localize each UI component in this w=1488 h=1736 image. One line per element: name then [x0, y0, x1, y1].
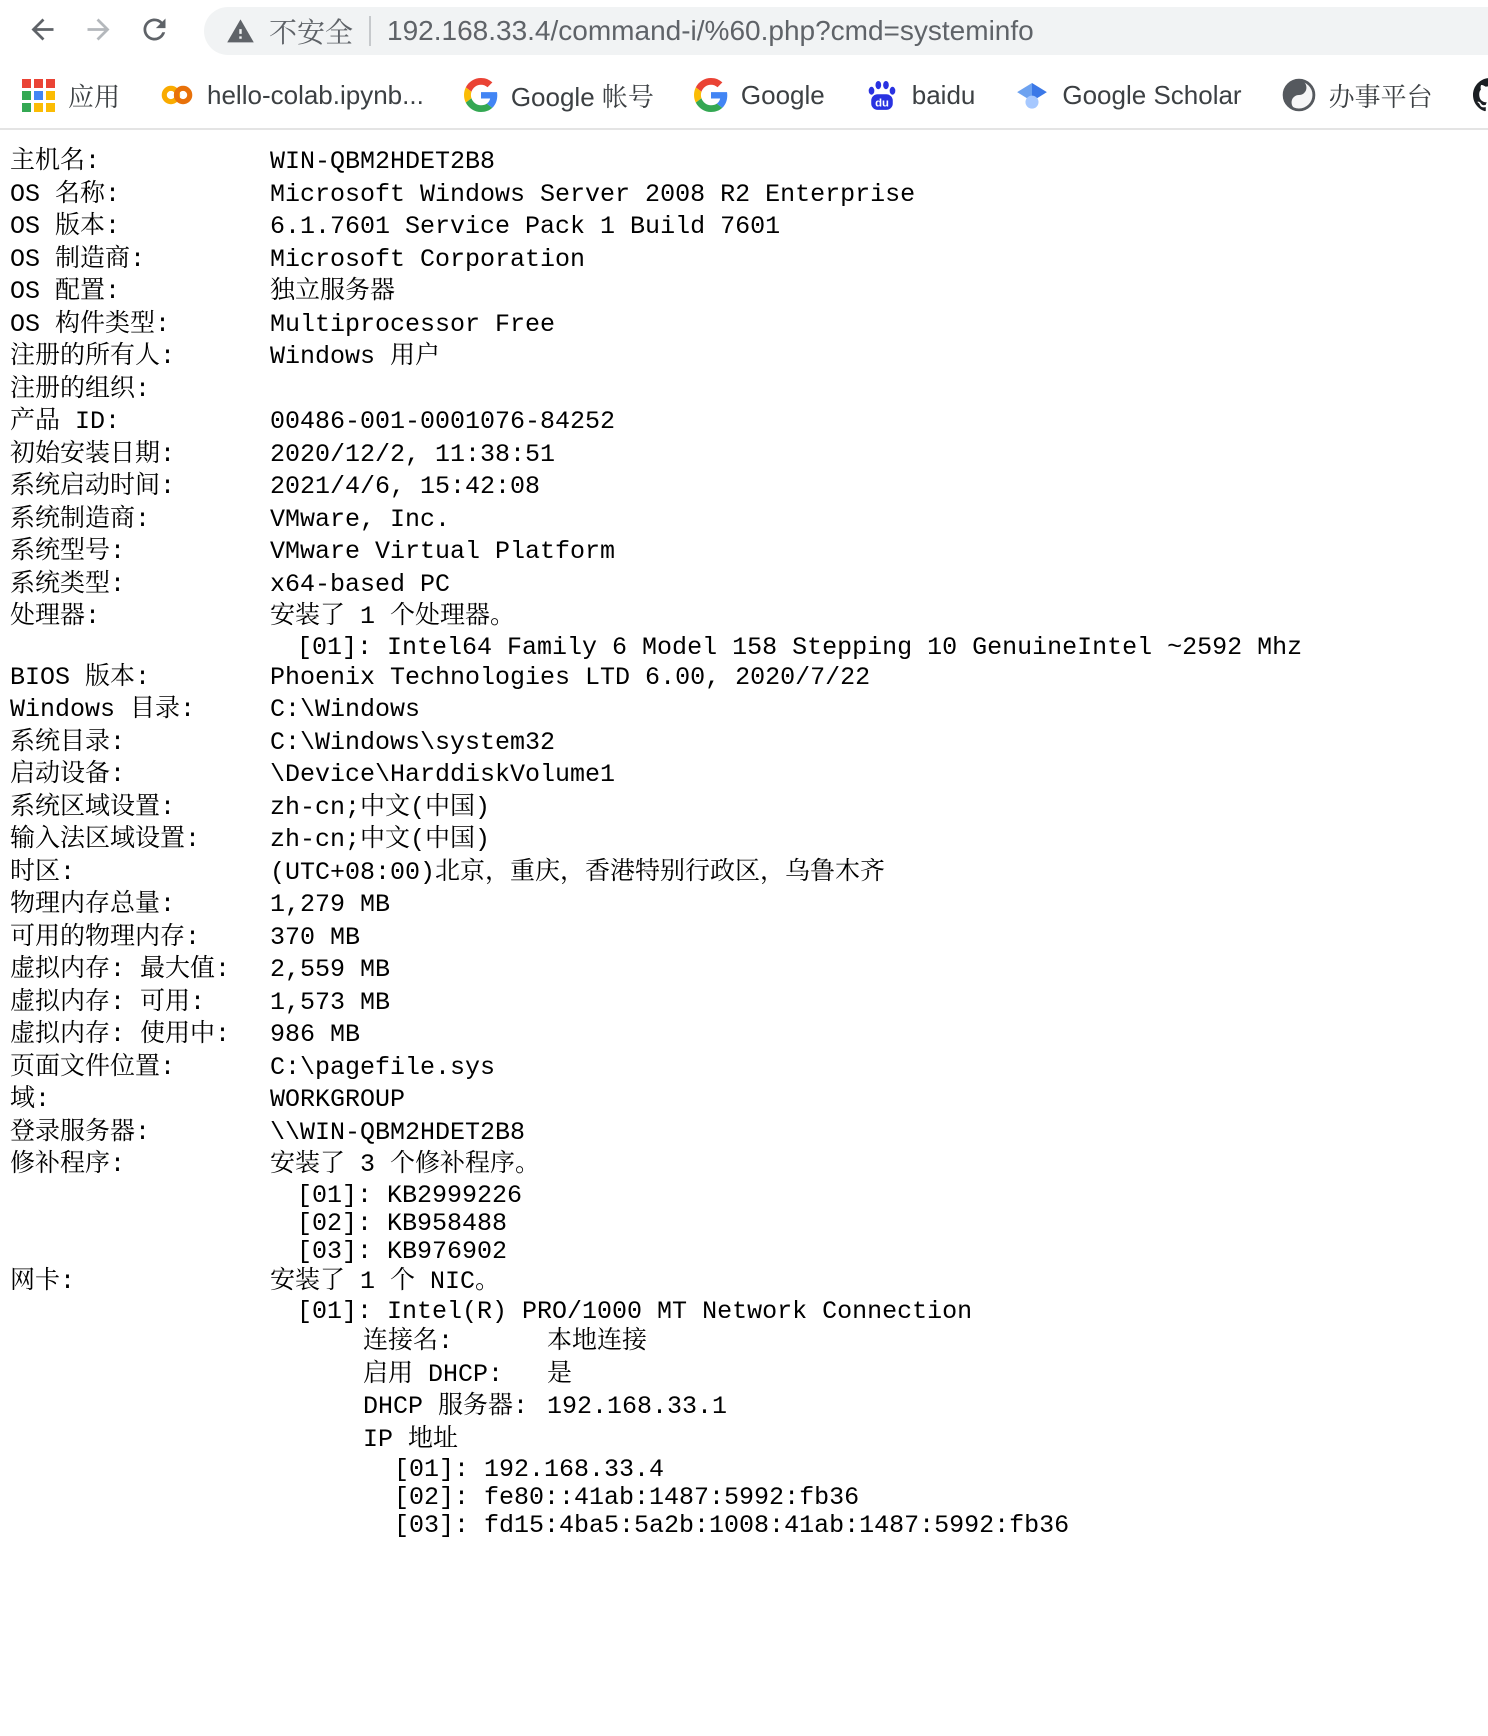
sysinfo-value: 1,279 MB [270, 889, 390, 922]
bookmark-colab[interactable]: hello-colab.ipynb... [160, 78, 424, 112]
apps-grid-icon [22, 79, 55, 112]
sysinfo-row: 注册的所有人:Windows 用户 [10, 341, 1488, 374]
sysinfo-row: 网卡:安装了 1 个 NIC。 [10, 1266, 1488, 1299]
baidu-paw-icon: du [865, 78, 899, 112]
sysinfo-value: 6.1.7601 Service Pack 1 Build 7601 [270, 211, 780, 244]
sysinfo-label: 登录服务器: [10, 1117, 270, 1150]
sysinfo-row: 系统制造商:VMware, Inc. [10, 504, 1488, 537]
bookmark-banshi-platform[interactable]: 办事平台 [1282, 77, 1433, 114]
sysinfo-value: 986 MB [270, 1019, 360, 1052]
omnibox-divider [369, 16, 371, 46]
sysinfo-row: 登录服务器:\\WIN-QBM2HDET2B8 [10, 1117, 1488, 1150]
sysinfo-value: [02]: fe80::41ab:1487:5992:fb36 [394, 1484, 859, 1512]
sysinfo-row: [01]: Intel64 Family 6 Model 158 Steppin… [10, 634, 1488, 662]
sysinfo-label: 系统类型: [10, 569, 270, 602]
sysinfo-row: 物理内存总量:1,279 MB [10, 889, 1488, 922]
sysinfo-row: Windows 目录:C:\Windows [10, 694, 1488, 727]
sysinfo-label: OS 版本: [10, 211, 270, 244]
sysinfo-label: 处理器: [10, 601, 270, 634]
back-button[interactable] [14, 3, 70, 59]
bookmarks-bar: 应用hello-colab.ipynb...Google 帐号Googledub… [0, 62, 1488, 130]
bookmark-apps[interactable]: 应用 [22, 77, 120, 114]
sysinfo-label: 虚拟内存: 可用: [10, 987, 270, 1020]
scholar-cap-icon [1015, 78, 1049, 112]
sysinfo-label: 主机名: [10, 146, 270, 179]
sysinfo-label: Windows 目录: [10, 694, 270, 727]
back-arrow-icon [26, 13, 59, 49]
sysinfo-label: IP 地址 [363, 1424, 547, 1457]
sysinfo-value: 370 MB [270, 922, 360, 955]
sysinfo-label: DHCP 服务器: [363, 1391, 547, 1424]
bookmark-label: 应用 [68, 77, 120, 114]
sysinfo-value: 安装了 1 个处理器。 [270, 601, 515, 634]
sysinfo-row: 页面文件位置:C:\pagefile.sys [10, 1052, 1488, 1085]
security-status-label: 不安全 [269, 11, 353, 51]
sysinfo-row: 修补程序:安装了 3 个修补程序。 [10, 1149, 1488, 1182]
sysinfo-value: 192.168.33.1 [547, 1391, 727, 1424]
sysinfo-value: 2020/12/2, 11:38:51 [270, 439, 555, 472]
sysinfo-label: 时区: [10, 857, 270, 890]
sysinfo-value: [01]: 192.168.33.4 [394, 1456, 664, 1484]
url-text: 192.168.33.4/command-i/%60.php?cmd=syste… [387, 15, 1034, 47]
sysinfo-row: OS 构件类型:Multiprocessor Free [10, 309, 1488, 342]
globe-icon [1282, 78, 1316, 112]
sysinfo-value: 是 [547, 1359, 572, 1392]
bookmark-label: Google Scholar [1062, 80, 1241, 111]
browser-window: { "browser": { "security_label": "不安全", … [0, 0, 1488, 1736]
sysinfo-row: 启动设备:\Device\HarddiskVolume1 [10, 759, 1488, 792]
sysinfo-label: OS 名称: [10, 179, 270, 212]
sysinfo-label: 系统目录: [10, 727, 270, 760]
sysinfo-label: 输入法区域设置: [10, 824, 270, 857]
sysinfo-row: 初始安装日期:2020/12/2, 11:38:51 [10, 439, 1488, 472]
sysinfo-value: x64-based PC [270, 569, 450, 602]
sysinfo-label: 虚拟内存: 使用中: [10, 1019, 270, 1052]
sysinfo-value: Phoenix Technologies LTD 6.00, 2020/7/22 [270, 662, 870, 695]
sysinfo-value: (UTC+08:00)北京，重庆，香港特别行政区，乌鲁木齐 [270, 857, 885, 890]
sysinfo-row: OS 版本:6.1.7601 Service Pack 1 Build 7601 [10, 211, 1488, 244]
sysinfo-row: 连接名:本地连接 [10, 1326, 1488, 1359]
sysinfo-value: \\WIN-QBM2HDET2B8 [270, 1117, 525, 1150]
sysinfo-label: 启用 DHCP: [363, 1359, 547, 1392]
sysinfo-row: [02]: KB958488 [10, 1210, 1488, 1238]
sysinfo-label: 注册的组织: [10, 374, 270, 407]
sysinfo-value: zh-cn;中文(中国) [270, 792, 490, 825]
sysinfo-value: 00486-001-0001076-84252 [270, 406, 615, 439]
sysinfo-row: 系统型号:VMware Virtual Platform [10, 536, 1488, 569]
sysinfo-value: C:\pagefile.sys [270, 1052, 495, 1085]
sysinfo-value: [03]: KB976902 [297, 1238, 507, 1266]
sysinfo-value: Microsoft Windows Server 2008 R2 Enterpr… [270, 179, 915, 212]
google-g-icon [694, 78, 728, 112]
sysinfo-row: 系统区域设置:zh-cn;中文(中国) [10, 792, 1488, 825]
sysinfo-label: 物理内存总量: [10, 889, 270, 922]
sysinfo-value: VMware Virtual Platform [270, 536, 615, 569]
sysinfo-output: 主机名:WIN-QBM2HDET2B8OS 名称:Microsoft Windo… [10, 146, 1488, 1540]
sysinfo-row: 系统目录:C:\Windows\system32 [10, 727, 1488, 760]
bookmark-google-account[interactable]: Google 帐号 [464, 77, 654, 114]
sysinfo-row: 产品 ID:00486-001-0001076-84252 [10, 406, 1488, 439]
sysinfo-row: 虚拟内存: 可用:1,573 MB [10, 987, 1488, 1020]
sysinfo-value: 安装了 1 个 NIC。 [270, 1266, 500, 1299]
sysinfo-row: [02]: fe80::41ab:1487:5992:fb36 [10, 1484, 1488, 1512]
reload-button[interactable] [126, 3, 182, 59]
bookmark-github[interactable]: GitHub [1473, 78, 1488, 112]
sysinfo-label: 系统制造商: [10, 504, 270, 537]
sysinfo-row: 启用 DHCP:是 [10, 1359, 1488, 1392]
not-secure-warning-icon [226, 17, 255, 46]
sysinfo-row: 处理器:安装了 1 个处理器。 [10, 601, 1488, 634]
bookmark-google-scholar[interactable]: Google Scholar [1015, 78, 1241, 112]
sysinfo-value: [01]: Intel64 Family 6 Model 158 Steppin… [297, 634, 1302, 662]
sysinfo-row: OS 配置:独立服务器 [10, 276, 1488, 309]
bookmark-label: Google [741, 80, 825, 111]
sysinfo-label: 初始安装日期: [10, 439, 270, 472]
sysinfo-row: 虚拟内存: 最大值:2,559 MB [10, 954, 1488, 987]
sysinfo-label: OS 制造商: [10, 244, 270, 277]
sysinfo-row: 系统启动时间:2021/4/6, 15:42:08 [10, 471, 1488, 504]
sysinfo-label: BIOS 版本: [10, 662, 270, 695]
sysinfo-row: DHCP 服务器:192.168.33.1 [10, 1391, 1488, 1424]
sysinfo-label: 系统启动时间: [10, 471, 270, 504]
colab-icon [160, 78, 194, 112]
page-content: 主机名:WIN-QBM2HDET2B8OS 名称:Microsoft Windo… [0, 130, 1488, 1540]
sysinfo-row: 虚拟内存: 使用中:986 MB [10, 1019, 1488, 1052]
sysinfo-value: 2021/4/6, 15:42:08 [270, 471, 540, 504]
google-g-icon [464, 78, 498, 112]
sysinfo-row: 域:WORKGROUP [10, 1084, 1488, 1117]
bookmark-label: 办事平台 [1329, 77, 1433, 114]
sysinfo-row: [03]: fd15:4ba5:5a2b:1008:41ab:1487:5992… [10, 1512, 1488, 1540]
sysinfo-value: 1,573 MB [270, 987, 390, 1020]
github-octocat-icon [1473, 78, 1488, 112]
sysinfo-label: 域: [10, 1084, 270, 1117]
sysinfo-row: 时区:(UTC+08:00)北京，重庆，香港特别行政区，乌鲁木齐 [10, 857, 1488, 890]
browser-chrome: 不安全 192.168.33.4/command-i/%60.php?cmd=s… [0, 0, 1488, 130]
sysinfo-value: 本地连接 [547, 1326, 647, 1359]
sysinfo-row: OS 名称:Microsoft Windows Server 2008 R2 E… [10, 179, 1488, 212]
sysinfo-label: OS 配置: [10, 276, 270, 309]
sysinfo-value: VMware, Inc. [270, 504, 450, 537]
sysinfo-label: 连接名: [363, 1326, 547, 1359]
sysinfo-value: 2,559 MB [270, 954, 390, 987]
sysinfo-label: 虚拟内存: 最大值: [10, 954, 270, 987]
sysinfo-row: [03]: KB976902 [10, 1238, 1488, 1266]
sysinfo-value: Multiprocessor Free [270, 309, 555, 342]
sysinfo-value: C:\Windows [270, 694, 420, 727]
bookmark-label: baidu [912, 80, 976, 111]
sysinfo-label: 网卡: [10, 1266, 270, 1299]
sysinfo-row: BIOS 版本:Phoenix Technologies LTD 6.00, 2… [10, 662, 1488, 695]
sysinfo-value: WORKGROUP [270, 1084, 405, 1117]
bookmark-baidu[interactable]: dubaidu [865, 78, 976, 112]
sysinfo-value: [03]: fd15:4ba5:5a2b:1008:41ab:1487:5992… [394, 1512, 1069, 1540]
sysinfo-value: Windows 用户 [270, 341, 440, 374]
sysinfo-row: IP 地址 [10, 1424, 1488, 1457]
sysinfo-row: [01]: KB2999226 [10, 1182, 1488, 1210]
sysinfo-row: [01]: 192.168.33.4 [10, 1456, 1488, 1484]
sysinfo-value: [01]: Intel(R) PRO/1000 MT Network Conne… [297, 1298, 972, 1326]
sysinfo-value: C:\Windows\system32 [270, 727, 555, 760]
sysinfo-label: 页面文件位置: [10, 1052, 270, 1085]
sysinfo-value: 安装了 3 个修补程序。 [270, 1149, 540, 1182]
sysinfo-label: 系统型号: [10, 536, 270, 569]
sysinfo-row: OS 制造商:Microsoft Corporation [10, 244, 1488, 277]
forward-arrow-icon [82, 13, 115, 49]
sysinfo-value: Microsoft Corporation [270, 244, 585, 277]
sysinfo-label: OS 构件类型: [10, 309, 270, 342]
sysinfo-value: [01]: KB2999226 [297, 1182, 522, 1210]
sysinfo-row: 注册的组织: [10, 374, 1488, 407]
sysinfo-label: 修补程序: [10, 1149, 270, 1182]
sysinfo-value: WIN-QBM2HDET2B8 [270, 146, 495, 179]
sysinfo-row: 可用的物理内存:370 MB [10, 922, 1488, 955]
sysinfo-value: 独立服务器 [270, 276, 395, 309]
forward-button[interactable] [70, 3, 126, 59]
sysinfo-label: 系统区域设置: [10, 792, 270, 825]
sysinfo-label: 注册的所有人: [10, 341, 270, 374]
sysinfo-label: 启动设备: [10, 759, 270, 792]
bookmark-label: Google 帐号 [511, 77, 654, 114]
bookmark-label: hello-colab.ipynb... [207, 80, 424, 111]
address-bar[interactable]: 不安全 192.168.33.4/command-i/%60.php?cmd=s… [204, 7, 1488, 55]
sysinfo-row: 主机名:WIN-QBM2HDET2B8 [10, 146, 1488, 179]
sysinfo-label: 产品 ID: [10, 406, 270, 439]
svg-text:du: du [875, 97, 889, 109]
sysinfo-value: \Device\HarddiskVolume1 [270, 759, 615, 792]
sysinfo-value: zh-cn;中文(中国) [270, 824, 490, 857]
browser-toolbar: 不安全 192.168.33.4/command-i/%60.php?cmd=s… [0, 0, 1488, 62]
sysinfo-value: [02]: KB958488 [297, 1210, 507, 1238]
sysinfo-row: 系统类型:x64-based PC [10, 569, 1488, 602]
sysinfo-row: 输入法区域设置:zh-cn;中文(中国) [10, 824, 1488, 857]
reload-icon [138, 13, 171, 49]
bookmark-google[interactable]: Google [694, 78, 825, 112]
sysinfo-label: 可用的物理内存: [10, 922, 270, 955]
sysinfo-row: [01]: Intel(R) PRO/1000 MT Network Conne… [10, 1298, 1488, 1326]
